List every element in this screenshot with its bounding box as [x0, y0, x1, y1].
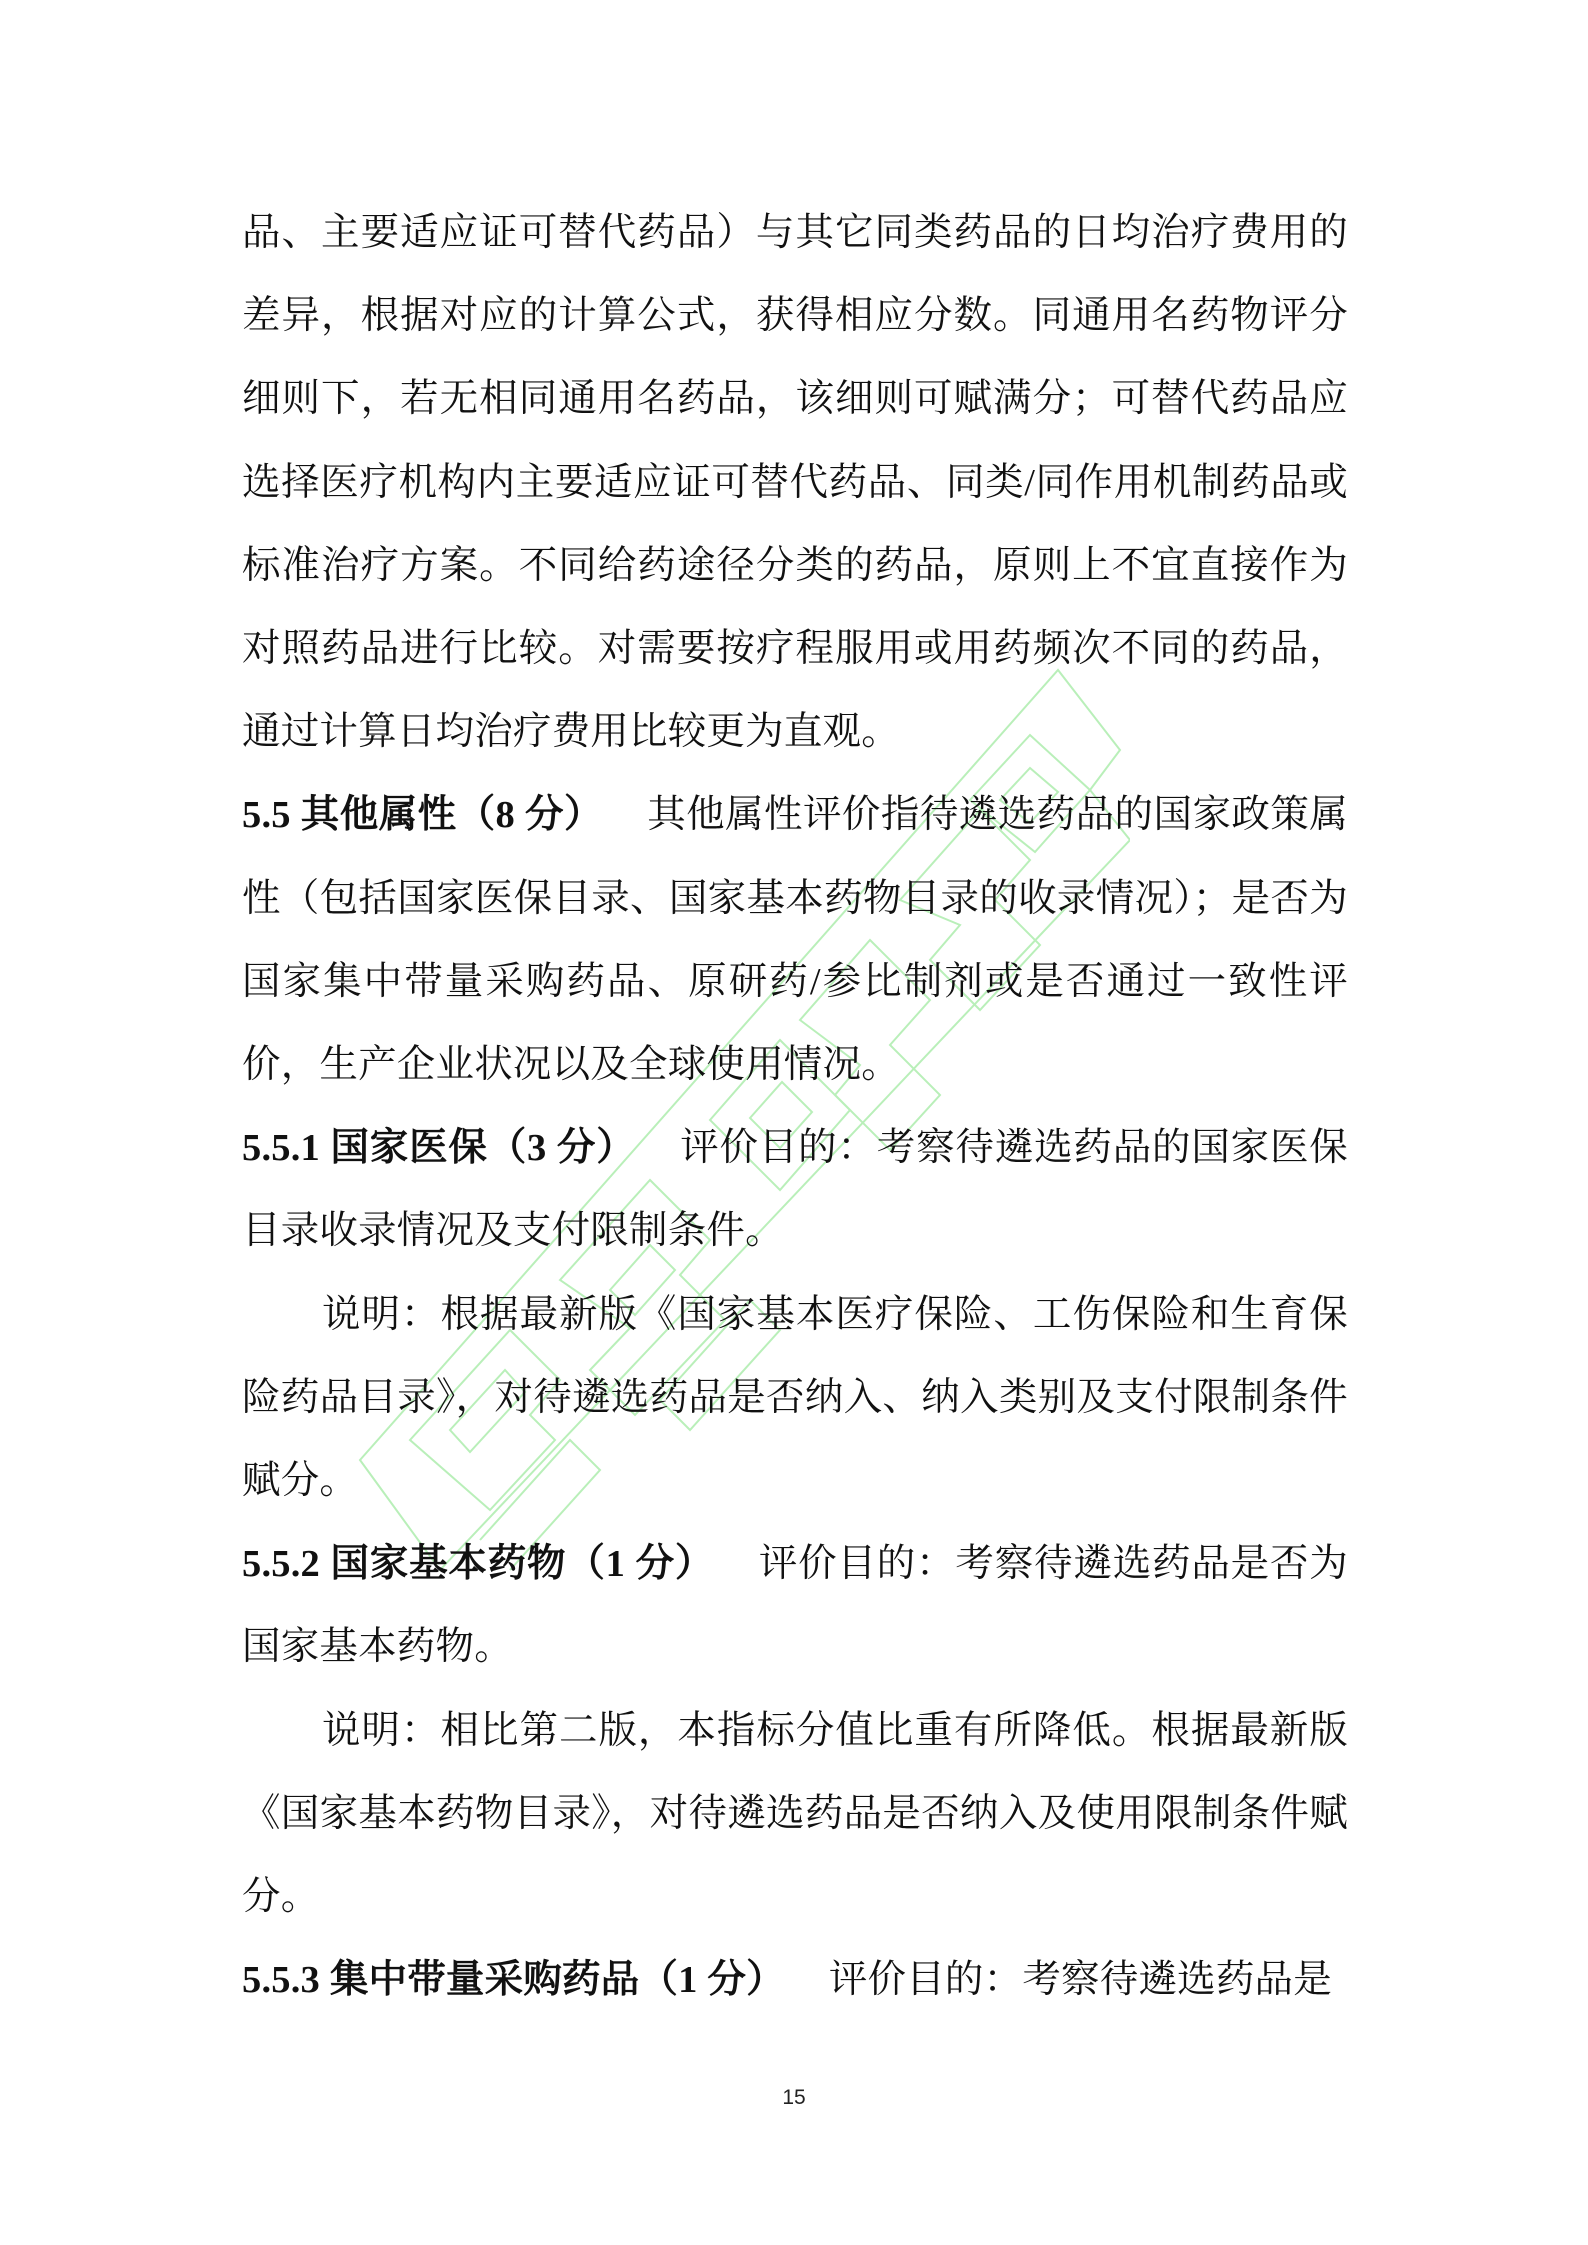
document-body: 品、主要适应证可替代药品）与其它同类药品的日均治疗费用的差异，根据对应的计算公式…: [242, 192, 1348, 2022]
section-body-5-5: 其他属性评价指待遴选药品的国家政策属性（包括国家医保目录、国家基本药物目录的收录…: [242, 794, 1348, 1086]
section-heading-5-5-3: 5.5.3 集中带量采购药品（1 分）: [242, 1959, 785, 2001]
section-body-5-5-3: 评价目的：考察待遴选药品是: [829, 1959, 1332, 2001]
section-5-5-3: 5.5.3 集中带量采购药品（1 分）评价目的：考察待遴选药品是: [242, 1939, 1348, 2022]
section-heading-5-5-1: 5.5.1 国家医保（3 分）: [242, 1127, 636, 1169]
section-5-5: 5.5 其他属性（8 分）其他属性评价指待遴选药品的国家政策属性（包括国家医保目…: [242, 774, 1348, 1107]
section-5-5-1: 5.5.1 国家医保（3 分）评价目的：考察待遴选药品的国家医保目录收录情况及支…: [242, 1107, 1348, 1273]
document-page: 品、主要适应证可替代药品）与其它同类药品的日均治疗费用的差异，根据对应的计算公式…: [0, 0, 1588, 2245]
section-5-5-2: 5.5.2 国家基本药物（1 分）评价目的：考察待遴选药品是否为国家基本药物。: [242, 1523, 1348, 1689]
paragraph-cost-comparison: 品、主要适应证可替代药品）与其它同类药品的日均治疗费用的差异，根据对应的计算公式…: [242, 192, 1348, 774]
section-heading-5-5-2: 5.5.2 国家基本药物（1 分）: [242, 1543, 714, 1585]
section-note-5-5-1: 说明：根据最新版《国家基本医疗保险、工伤保险和生育保险药品目录》，对待遴选药品是…: [242, 1274, 1348, 1524]
section-note-5-5-2: 说明：相比第二版，本指标分值比重有所降低。根据最新版《国家基本药物目录》，对待遴…: [242, 1690, 1348, 1940]
page-number: 15: [0, 2086, 1588, 2110]
section-heading-5-5: 5.5 其他属性（8 分）: [242, 794, 603, 836]
